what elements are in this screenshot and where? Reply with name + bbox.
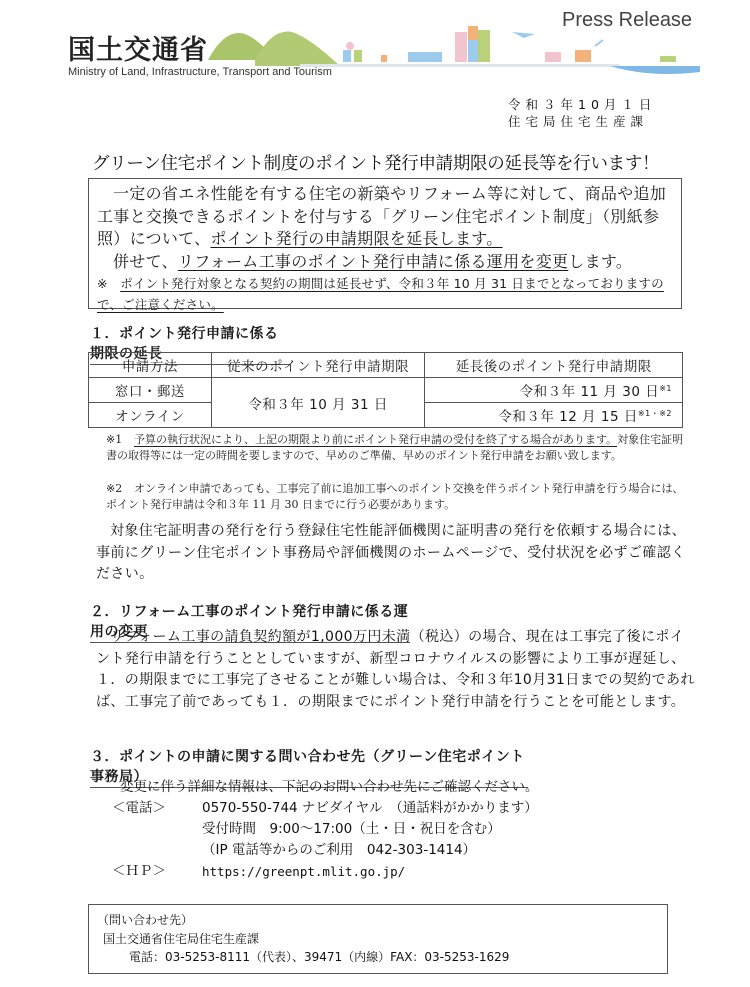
footnote-2-text: オンライン申請であっても、工事完了前に追加工事へのポイント交換を伴うポイント発行… [106, 482, 684, 511]
table-header-row: 申請方法 従来のポイント発行申請期限 延長後のポイント発行申請期限 [89, 353, 683, 378]
contact-intro: 変更に伴う詳細な情報は、下記のお問い合わせ先にご確認ください。 [120, 777, 672, 798]
new-deadline-cell: 令和３年 11 月 30 日※1 [425, 378, 683, 403]
inquiry-label: （問い合わせ先） [97, 911, 659, 930]
department: 住宅局住宅生産課 [508, 113, 656, 130]
banner-illustration [200, 20, 700, 78]
spacer [112, 819, 202, 840]
hp-link[interactable]: https://greenpt.mlit.go.jp/ [202, 861, 405, 882]
summary-note: ※ ポイント発行対象となる契約の期間は延長せず、令和３年 10 月 31 日まで… [97, 273, 673, 315]
inquiry-office: 国土交通省住宅局住宅生産課 [97, 930, 659, 949]
table-header: 申請方法 [89, 353, 212, 378]
summary-highlight-reform: リフォーム工事のポイント発行申請に係る運用を変更 [178, 252, 568, 271]
inquiry-contact: 電話：03-5253-8111（代表）、39471（内線）FAX：03-5253… [97, 948, 659, 967]
note-text: ポイント発行対象となる契約の期間は延長せず、令和３年 10 月 31 日までとな… [97, 276, 664, 312]
footnote-ref: ※1・※2 [638, 409, 672, 418]
ip-phone-row: （IP 電話等からのご利用 042-303-1414） [112, 840, 672, 861]
new-deadline: 令和３年 12 月 15 日 [498, 409, 638, 425]
new-deadline: 令和３年 11 月 30 日 [520, 384, 660, 400]
method-cell: オンライン [89, 403, 212, 428]
phone-row: ＜電話＞ 0570-550-744 ナビダイヤル （通話料がかかります） [112, 798, 672, 819]
footnote-ref: ※1 [659, 384, 672, 393]
ip-phone-value: （IP 電話等からのご利用 042-303-1414） [202, 840, 476, 861]
phone-value: 0570-550-744 ナビダイヤル （通話料がかかります） [202, 798, 538, 819]
deadline-table: 申請方法 従来のポイント発行申請期限 延長後のポイント発行申請期限 窓口・郵送 … [88, 352, 683, 428]
footnote-2: ※2オンライン申請であっても、工事完了前に追加工事へのポイント交換を伴うポイント… [106, 481, 692, 512]
method-cell: 窓口・郵送 [89, 378, 212, 403]
hp-label: ＜ＨＰ＞ [112, 861, 202, 882]
section-2-paragraph: リフォーム工事の請負契約額が1,000万円未満（税込）の場合、現在は工事完了後に… [96, 627, 696, 713]
ministry-logo-jp: 国土交通省 [68, 28, 208, 67]
date-block: 令和３年10月１日 住宅局住宅生産課 [508, 96, 656, 130]
summary-paragraph-1: 一定の省エネ性能を有する住宅の新築やリフォーム等に対して、商品や追加工事と交換で… [97, 183, 673, 251]
new-deadline-cell: 令和３年 12 月 15 日※1・※2 [425, 403, 683, 428]
hours-value: 受付時間 9:00～17:00（土・日・祝日を含む） [202, 819, 501, 840]
summary-text: 併せて、 [113, 252, 178, 271]
footnote-1-underlined: 予算の執行状況により、上記の期限より前にポイント発行申請の受付を終了する場合があ… [134, 433, 617, 446]
hours-row: 受付時間 9:00～17:00（土・日・祝日を含む） [112, 819, 672, 840]
note-mark: ※ [97, 276, 108, 291]
release-date: 令和３年10月１日 [508, 96, 656, 113]
table-header: 従来のポイント発行申請期限 [211, 353, 425, 378]
contact-info: 変更に伴う詳細な情報は、下記のお問い合わせ先にご確認ください。 ＜電話＞ 057… [112, 777, 672, 882]
summary-paragraph-2: 併せて、リフォーム工事のポイント発行申請に係る運用を変更します。 [97, 251, 673, 274]
summary-text: します。 [568, 252, 632, 271]
section-1-paragraph: 対象住宅証明書の発行を行う登録住宅性能評価機関に証明書の発行を依頼する場合には、… [96, 521, 696, 586]
inquiry-box: （問い合わせ先） 国土交通省住宅局住宅生産課 電話：03-5253-8111（代… [88, 904, 668, 974]
table-row: 窓口・郵送 令和３年 10 月 31 日 令和３年 11 月 30 日※1 [89, 378, 683, 403]
summary-box: 一定の省エネ性能を有する住宅の新築やリフォーム等に対して、商品や追加工事と交換で… [88, 178, 682, 309]
spacer [112, 840, 202, 861]
old-deadline-cell: 令和３年 10 月 31 日 [211, 378, 425, 428]
footnote-mark: ※1 [106, 432, 134, 448]
footnote-mark: ※2 [106, 481, 134, 497]
table-header: 延長後のポイント発行申請期限 [425, 353, 683, 378]
page-title: グリーン住宅ポイント制度のポイント発行申請期限の延長等を行います！ [92, 150, 659, 175]
hp-row: ＜ＨＰ＞ https://greenpt.mlit.go.jp/ [112, 861, 672, 882]
phone-label: ＜電話＞ [112, 798, 202, 819]
summary-highlight-extension: ポイント発行の申請期限を延長します。 [210, 229, 502, 248]
footnote-1: ※1予算の執行状況により、上記の期限より前にポイント発行申請の受付を終了する場合… [106, 432, 692, 463]
